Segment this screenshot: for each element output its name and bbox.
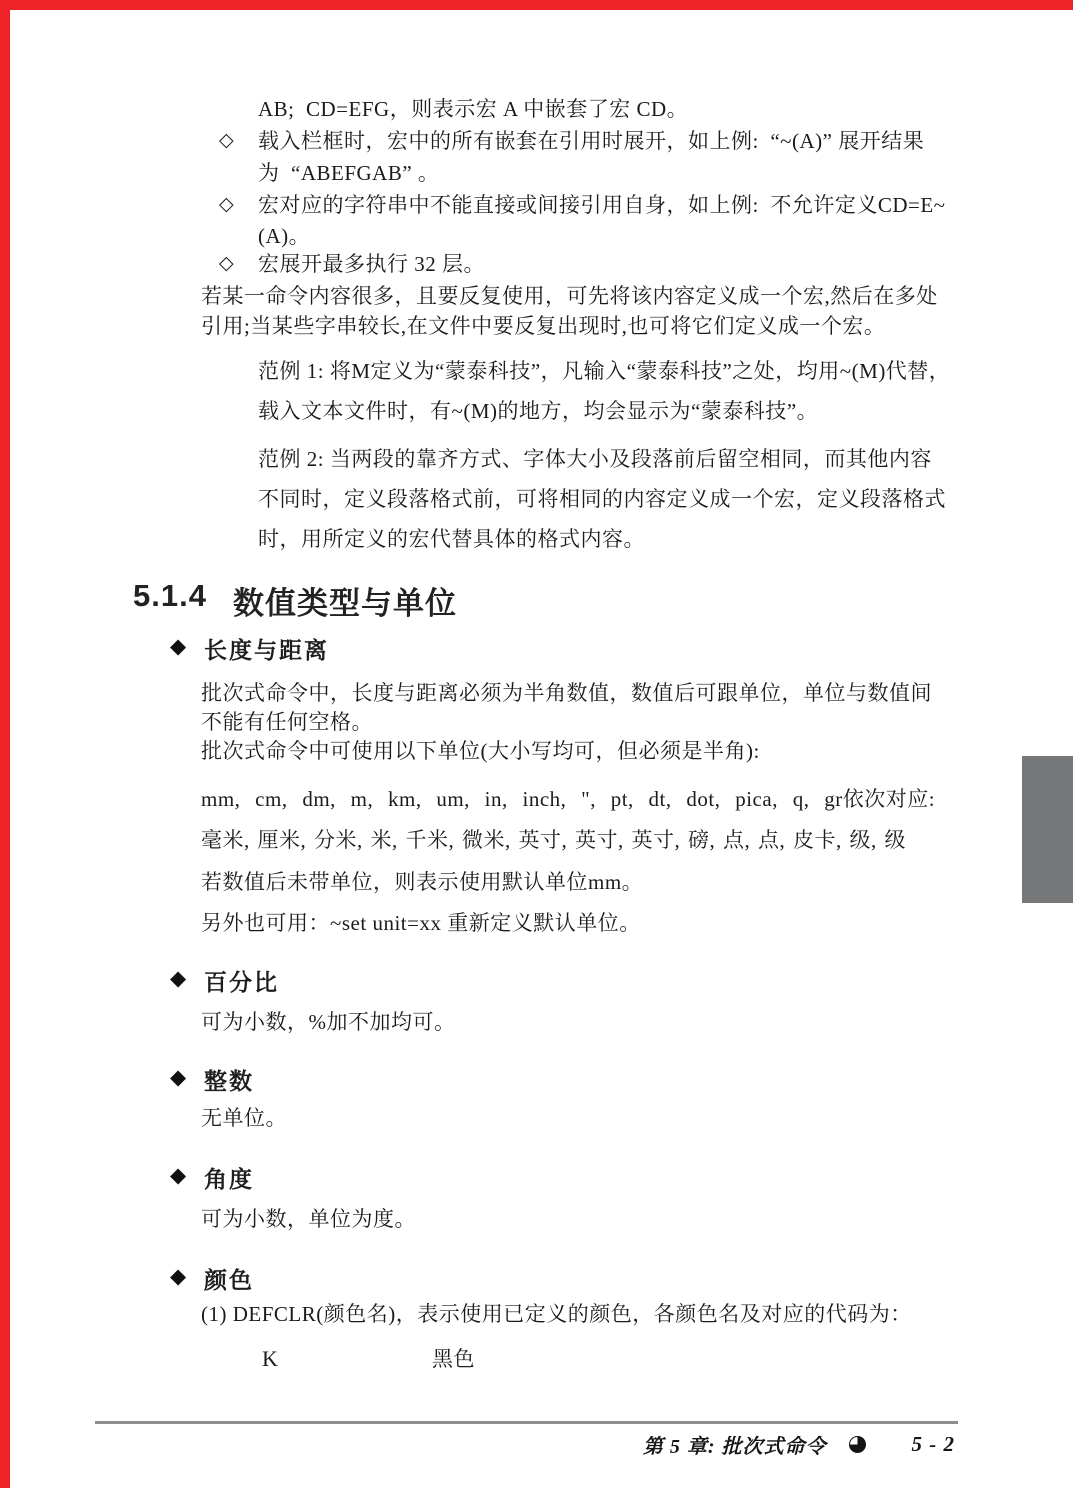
defclr-line: (1) DEFCLR(颜色名)，表示使用已定义的颜色，各颜色名及对应的代码为：	[201, 1301, 912, 1327]
subsection-title-integer: 整数	[204, 1063, 254, 1096]
diamond-bullet-icon: ◇	[219, 129, 234, 152]
length-body-line-1: 批次式命令中，长度与距离必须为半角数值，数值后可跟单位，单位与数值间	[201, 680, 932, 706]
diamond-icon: ◆	[170, 634, 186, 658]
length-body-line-3: 批次式命令中可使用以下单位(大小写均可，但必须是半角):	[201, 738, 760, 764]
color-name-black: 黑色	[432, 1346, 475, 1372]
diamond-icon: ◆	[170, 1264, 186, 1288]
angle-body-line: 可为小数，单位为度。	[201, 1206, 416, 1232]
units-chinese-line: 毫米, 厘米, 分米, 米, 千米, 微米, 英寸, 英寸, 英寸, 磅, 点,…	[201, 827, 906, 853]
diamond-icon: ◆	[170, 1163, 186, 1187]
bullet-2-line-1: 宏对应的字符串中不能直接或间接引用自身，如上例: 不允许定义CD=E~	[258, 192, 946, 218]
bullet-1-line-1: 载入栏框时，宏中的所有嵌套在引用时展开，如上例: “~(A)” 展开结果	[258, 128, 924, 154]
section-number: 5.1.4	[133, 578, 207, 623]
footer: 第 5 章: 批次式命令 5 - 2	[643, 1430, 955, 1459]
bullet-2-line-2: (A)。	[258, 223, 310, 249]
section-title: 数值类型与单位	[233, 578, 457, 623]
diamond-bullet-icon: ◇	[219, 252, 234, 275]
red-edge-top	[0, 0, 1073, 10]
example-2-line-3: 时，用所定义的宏代替具体的格式内容。	[258, 526, 645, 552]
diamond-bullet-icon: ◇	[219, 193, 234, 216]
intro-continuation-line: AB; CD=EFG，则表示宏 A 中嵌套了宏 CD。	[258, 96, 688, 122]
red-edge-left	[0, 0, 10, 1488]
pie-circle-icon	[849, 1436, 866, 1453]
set-unit-line: 另外也可用：~set unit=xx 重新定义默认单位。	[201, 910, 641, 936]
default-unit-line: 若数值后未带单位，则表示使用默认单位mm。	[201, 869, 643, 895]
footer-chapter-label: 第 5 章: 批次式命令	[643, 1430, 827, 1459]
manual-page: AB; CD=EFG，则表示宏 A 中嵌套了宏 CD。 ◇ 载入栏框时，宏中的所…	[0, 0, 1073, 1488]
bullet-1-line-2: 为 “ABEFGAB” 。	[258, 160, 439, 186]
bullet-3-line-1: 宏展开最多执行 32 层。	[258, 251, 485, 277]
example-1-line-2: 载入文本文件时，有~(M)的地方，均会显示为“蒙泰科技”。	[258, 398, 818, 424]
percent-body-line: 可为小数，%加不加均可。	[201, 1009, 456, 1035]
example-2-line-2: 不同时，定义段落格式前，可将相同的内容定义成一个宏，定义段落格式	[258, 486, 946, 512]
footer-page-number: 5 - 2	[912, 1432, 956, 1457]
section-tab-marker	[1022, 756, 1073, 903]
length-body-line-2: 不能有任何空格。	[201, 709, 373, 735]
color-code-K: K	[262, 1346, 278, 1372]
subsection-title-angle: 角度	[204, 1161, 254, 1194]
example-2-line-1: 范例 2: 当两段的靠齐方式、字体大小及段落前后留空相同，而其他内容	[258, 446, 932, 472]
integer-body-line: 无单位。	[201, 1105, 287, 1131]
diamond-icon: ◆	[170, 1065, 186, 1089]
footer-rule	[95, 1421, 958, 1424]
units-list-line: mm, cm, dm, m, km, um, in, inch, ", pt, …	[201, 786, 935, 812]
section-heading: 5.1.4 数值类型与单位	[133, 578, 457, 623]
intro-paragraph-line-2: 引用;当某些字串较长,在文件中要反复出现时,也可将它们定义成一个宏。	[201, 313, 885, 339]
example-1-line-1: 范例 1: 将M定义为“蒙泰科技”，凡输入“蒙泰科技”之处，均用~(M)代替，	[258, 358, 950, 384]
diamond-icon: ◆	[170, 966, 186, 990]
intro-paragraph-line-1: 若某一命令内容很多，且要反复使用，可先将该内容定义成一个宏,然后在多处	[201, 283, 938, 309]
subsection-title-length: 长度与距离	[204, 632, 329, 665]
subsection-title-percent: 百分比	[204, 964, 279, 997]
subsection-title-color: 颜色	[204, 1262, 254, 1295]
